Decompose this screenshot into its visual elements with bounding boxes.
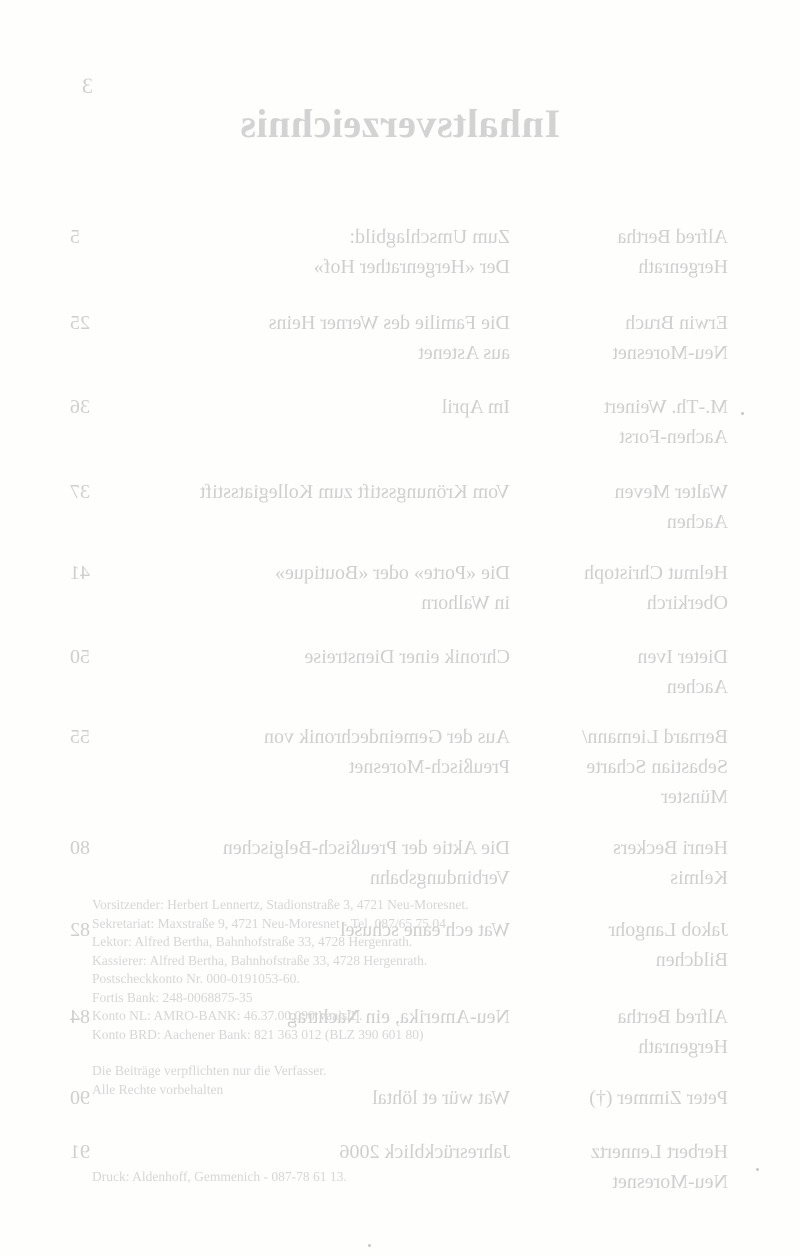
info-line: Lektor: Alfred Bertha, Bahnhofstraße 33,…: [92, 933, 592, 952]
toc-article-line: Zum Umschlagbild:: [150, 222, 510, 252]
toc-author-line: M.-Th. Weinert: [518, 392, 728, 422]
toc-author: Henri BeckersKelmis: [518, 833, 728, 893]
toc-author-line: Hergenrath: [518, 252, 728, 282]
toc-article-line: Die «Porte» oder «Boutique»: [150, 558, 510, 588]
toc-author: Dieter IvenAachen: [518, 642, 728, 702]
info-line: Postscheckkonto Nr. 000-0191053-60.: [92, 970, 592, 989]
toc-author-line: Aachen: [518, 672, 728, 702]
toc-author: Helmut ChristophOberkirch: [518, 558, 728, 618]
printer-line: Druck: Aldenhoff, Gemmenich - 087-78 61 …: [92, 1168, 347, 1187]
toc-author-line: Oberkirch: [518, 588, 728, 618]
info-line: Vorsitzender: Herbert Lennertz, Stadions…: [92, 896, 592, 915]
scan-speck: [368, 1244, 371, 1247]
toc-author-line: Sebastian Scharte: [518, 752, 728, 782]
toc-page-number: 55: [70, 722, 110, 752]
toc-author-line: Helmut Christoph: [518, 558, 728, 588]
toc-article: Die Familie des Werner Heinsaus Astenet: [150, 308, 510, 368]
toc-author: Alfred BerthaHergenrath: [518, 222, 728, 282]
toc-page-number: 80: [70, 833, 110, 863]
disclaimer-line: Alle Rechte vorbehalten: [92, 1081, 592, 1100]
toc-article-line: Verbindungsbahn: [150, 863, 510, 893]
toc-article-line: Der «Hergenrather Hof»: [150, 252, 510, 282]
scan-speck: [756, 1168, 759, 1171]
page-number: 3: [82, 73, 93, 99]
toc-article: Aus der Gemeindechronik vonPreußisch-Mor…: [150, 722, 510, 782]
toc-article: Die Aktie der Preußisch-BelgischenVerbin…: [150, 833, 510, 893]
toc-article-line: Aus der Gemeindechronik von: [150, 722, 510, 752]
toc-author: Bernard Liemann/Sebastian ScharteMünster: [518, 722, 728, 812]
toc-article-line: Die Aktie der Preußisch-Belgischen: [150, 833, 510, 863]
toc-author-line: Herbert Lennertz: [518, 1137, 728, 1167]
toc-page-number: 37: [70, 477, 110, 507]
toc-article: Die «Porte» oder «Boutique»in Walhorn: [150, 558, 510, 618]
toc-author: Erwin BruchNeu-Moresnet: [518, 308, 728, 368]
toc-author-line: Neu-Moresnet: [518, 338, 728, 368]
toc-article: Vom Krönungsstift zum Kollegiatsstift: [150, 477, 510, 507]
toc-article: Chronik einer Dienstreise: [150, 642, 510, 672]
toc-author-line: Neu-Moresnet: [518, 1167, 728, 1197]
toc-author: Herbert LennertzNeu-Moresnet: [518, 1137, 728, 1197]
toc-article-line: Vom Krönungsstift zum Kollegiatsstift: [150, 477, 510, 507]
toc-author-line: Walter Meven: [518, 477, 728, 507]
toc-article-line: Preußisch-Moresnet: [150, 752, 510, 782]
toc-page-number: 91: [70, 1137, 110, 1167]
info-line: Konto BRD: Aachener Bank: 821 363 012 (B…: [92, 1026, 592, 1045]
association-info-block: Vorsitzender: Herbert Lennertz, Stadions…: [92, 896, 592, 1099]
book-page: 3 Inhaltsverzeichnis Alfred BerthaHergen…: [0, 0, 800, 1256]
info-line: Fortis Bank: 248-0068875-35: [92, 989, 592, 1008]
disclaimer-line: Die Beiträge verpflichten nur die Verfas…: [92, 1062, 592, 1081]
toc-author-line: Bernard Liemann/: [518, 722, 728, 752]
toc-article-line: Im April: [150, 392, 510, 422]
toc-page-number: 41: [70, 558, 110, 588]
toc-author-line: Erwin Bruch: [518, 308, 728, 338]
toc-article-line: in Walhorn: [150, 588, 510, 618]
toc-page-number: 25: [70, 308, 110, 338]
toc-page-number: 36: [70, 392, 110, 422]
toc-author-line: Alfred Bertha: [518, 222, 728, 252]
toc-article: Im April: [150, 392, 510, 422]
page-title: Inhaltsverzeichnis: [0, 100, 800, 147]
toc-article-line: aus Astenet: [150, 338, 510, 368]
toc-author-line: Aachen: [518, 507, 728, 537]
toc-author: M.-Th. WeinertAachen-Forst: [518, 392, 728, 452]
toc-page-number: 50: [70, 642, 110, 672]
toc-author-line: Kelmis: [518, 863, 728, 893]
scan-speck: [741, 412, 744, 415]
toc-article: Zum Umschlagbild:Der «Hergenrather Hof»: [150, 222, 510, 282]
info-line: Konto NL: AMRO-BANK: 46.37.00.090 Vaals/…: [92, 1007, 592, 1026]
toc-page-number: 5: [70, 222, 110, 252]
toc-author: Walter MevenAachen: [518, 477, 728, 537]
toc-article-line: Chronik einer Dienstreise: [150, 642, 510, 672]
info-line: Kassierer: Alfred Bertha, Bahnhofstraße …: [92, 952, 592, 971]
toc-author-line: Henri Beckers: [518, 833, 728, 863]
toc-author-line: Münster: [518, 782, 728, 812]
toc-author-line: Aachen-Forst: [518, 422, 728, 452]
toc-article-line: Jahresrückblick 2006: [150, 1137, 510, 1167]
info-line: Sekretariat: Maxstraße 9, 4721 Neu-Mores…: [92, 915, 592, 934]
toc-article: Jahresrückblick 2006: [150, 1137, 510, 1167]
toc-author-line: Dieter Iven: [518, 642, 728, 672]
toc-article-line: Die Familie des Werner Heins: [150, 308, 510, 338]
